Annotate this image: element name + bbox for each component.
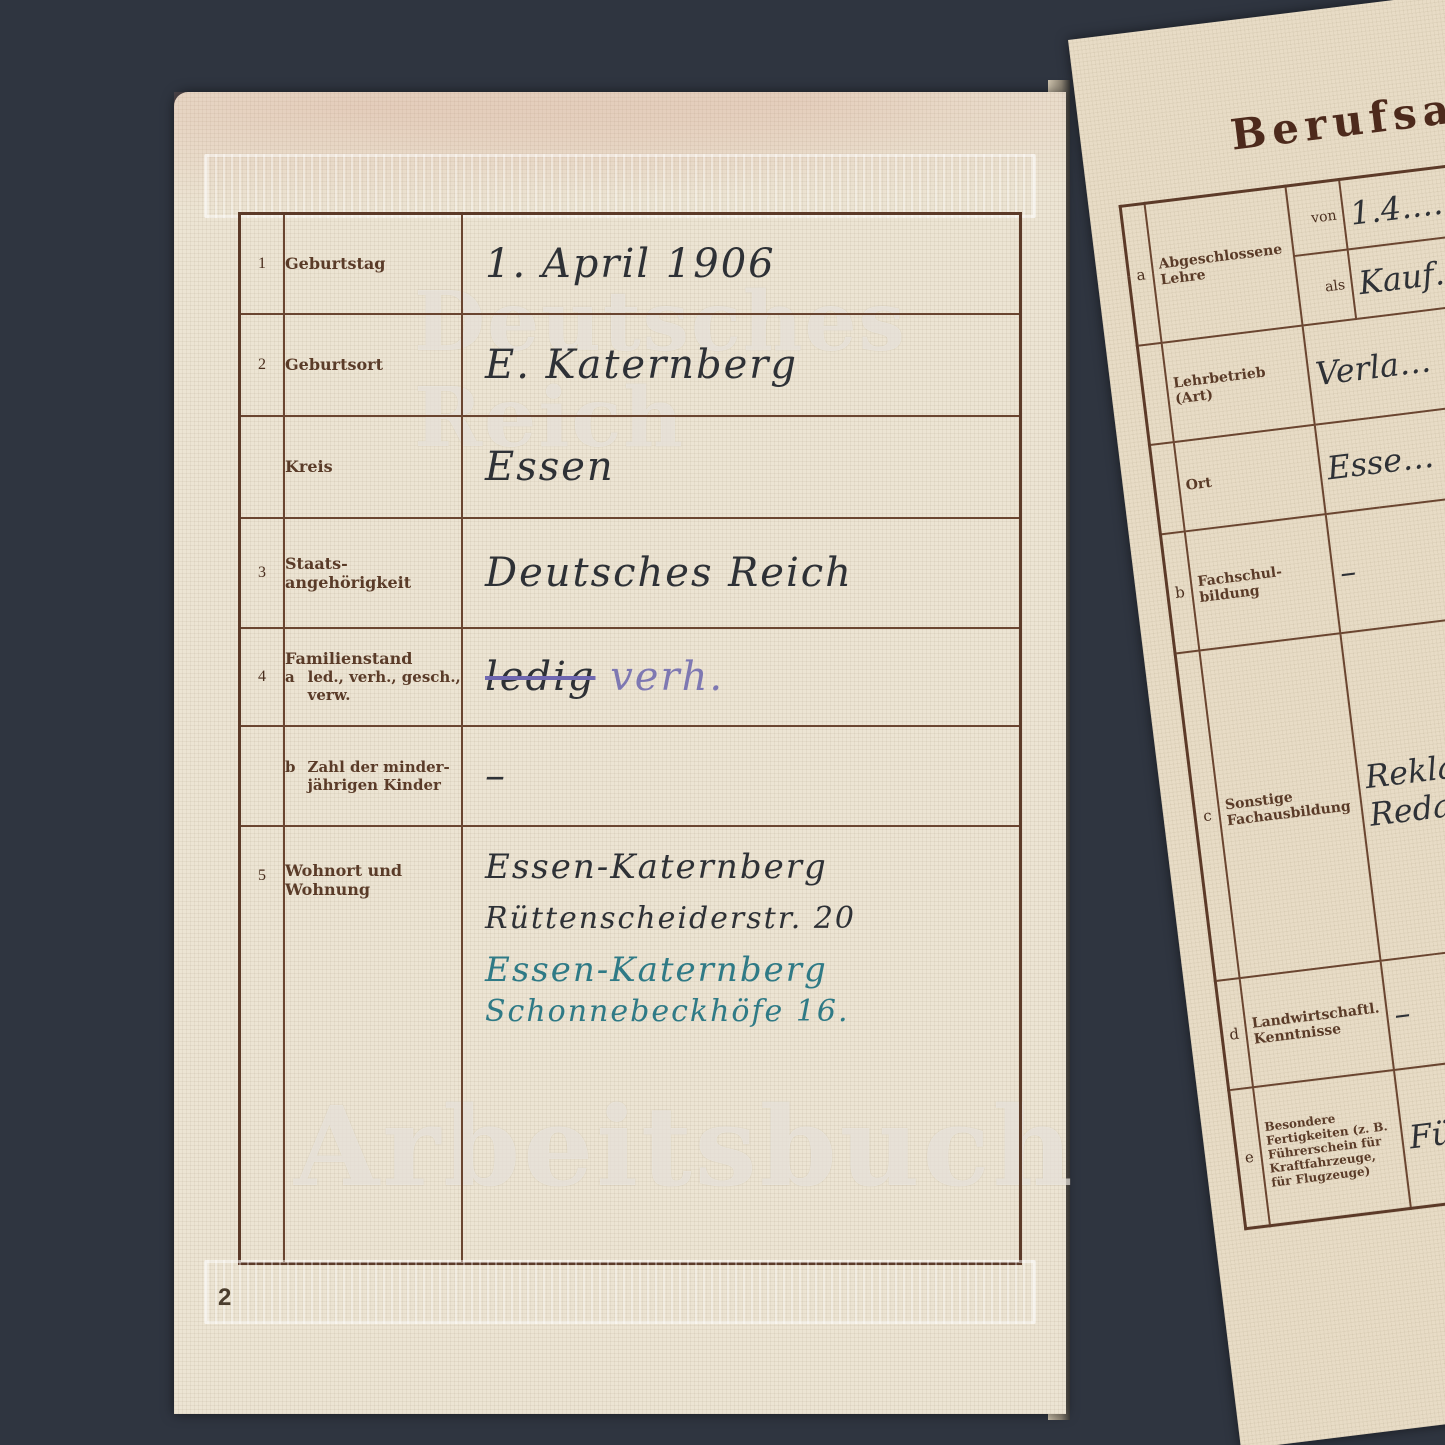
form-row-marital-status: 4 Familienstand a led., verh., gesch., v… <box>240 628 1021 726</box>
right-page: Berufsausb… a Abgeschlossene Lehre von 1… <box>1068 0 1445 1445</box>
label-residence: Wohnort und Wohnung <box>284 826 462 1264</box>
label-nationality: Staats-angehörigkeit <box>284 518 462 628</box>
row-number: 1 <box>240 214 285 314</box>
decorative-border-top <box>204 154 1036 218</box>
label-special-skills: Besondere Fertigkeiten (z. B. Führersche… <box>1253 1069 1411 1225</box>
row-number: 2 <box>240 314 285 416</box>
sub-letter: b <box>285 758 296 794</box>
form-row-residence: 5 Wohnort und Wohnung Essen-Katernberg R… <box>240 826 1021 1264</box>
value-apprenticeship-from: 1.4.… <box>1339 154 1445 249</box>
value-residence-line-2: Rüttenscheiderstr. 20 <box>463 901 1019 936</box>
value-district: Essen <box>463 444 1019 490</box>
value-birthplace: E. Katernberg <box>463 342 1019 388</box>
label-technical-school: Fachschul-bildung <box>1184 514 1340 650</box>
value-residence-line-1: Essen-Katernberg <box>463 847 1019 887</box>
value-residence-line-3: Essen-Katernberg <box>463 950 1019 990</box>
value-nationality: Deutsches Reich <box>463 550 1019 596</box>
value-birthdate: 1. April 1906 <box>463 241 1019 287</box>
personal-data-form: 1 Geburtstag 1. April 1906 2 Geburtsort … <box>238 212 1022 1265</box>
label-agricultural: Landwirtschaftl. Kenntnisse <box>1239 960 1394 1087</box>
vocational-training-form: a Abgeschlossene Lehre von 1.4.… als Kau… <box>1118 152 1445 1230</box>
label-birthdate: Geburtstag <box>284 214 462 314</box>
value-residence-line-4: Schonnebeckhöfe 16. <box>463 994 1019 1029</box>
label-birthplace: Geburtsort <box>284 314 462 416</box>
sub-letter: a <box>285 668 296 704</box>
value-minor-children: – <box>463 753 1019 799</box>
form-row-birthdate: 1 Geburtstag 1. April 1906 <box>240 214 1021 314</box>
form-row-birthplace: 2 Geburtsort E. Katernberg <box>240 314 1021 416</box>
right-page-title: Berufsausb… <box>1228 65 1445 159</box>
label-place: Ort <box>1173 424 1325 531</box>
page-number: 2 <box>218 1284 231 1312</box>
row-number <box>240 726 285 826</box>
row-number: 4 <box>240 628 285 726</box>
left-page: Deutsches Reich Arbeitsbuch 1 Geburtstag… <box>174 92 1066 1414</box>
form-row-other-training: c Sonstige Fachausbildung Reklame… Redak… <box>1175 601 1445 981</box>
sub-label-as: als <box>1294 249 1356 325</box>
row-number <box>240 416 285 518</box>
sub-label-from: von <box>1285 180 1347 256</box>
form-row-nationality: 3 Staats-angehörigkeit Deutsches Reich <box>240 518 1021 628</box>
label-apprenticeship: Abgeschlossene Lehre <box>1144 186 1302 342</box>
form-row-children: b Zahl der minder-jährigen Kinder – <box>240 726 1021 826</box>
row-number: 3 <box>240 518 285 628</box>
label-training-company: Lehrbetrieb (Art) <box>1161 325 1315 442</box>
form-row-district: Kreis Essen <box>240 416 1021 518</box>
value-marital-struck: ledig <box>485 654 595 700</box>
sub-label-marital-options: led., verh., gesch., verw. <box>308 668 461 704</box>
value-marital-status: verh. <box>610 654 724 700</box>
label-marital-status: Familienstand <box>285 649 461 668</box>
decorative-border-bottom <box>204 1260 1036 1324</box>
label-district: Kreis <box>284 416 462 518</box>
row-number: 5 <box>240 826 285 1264</box>
label-minor-children: Zahl der minder-jährigen Kinder <box>308 758 462 794</box>
